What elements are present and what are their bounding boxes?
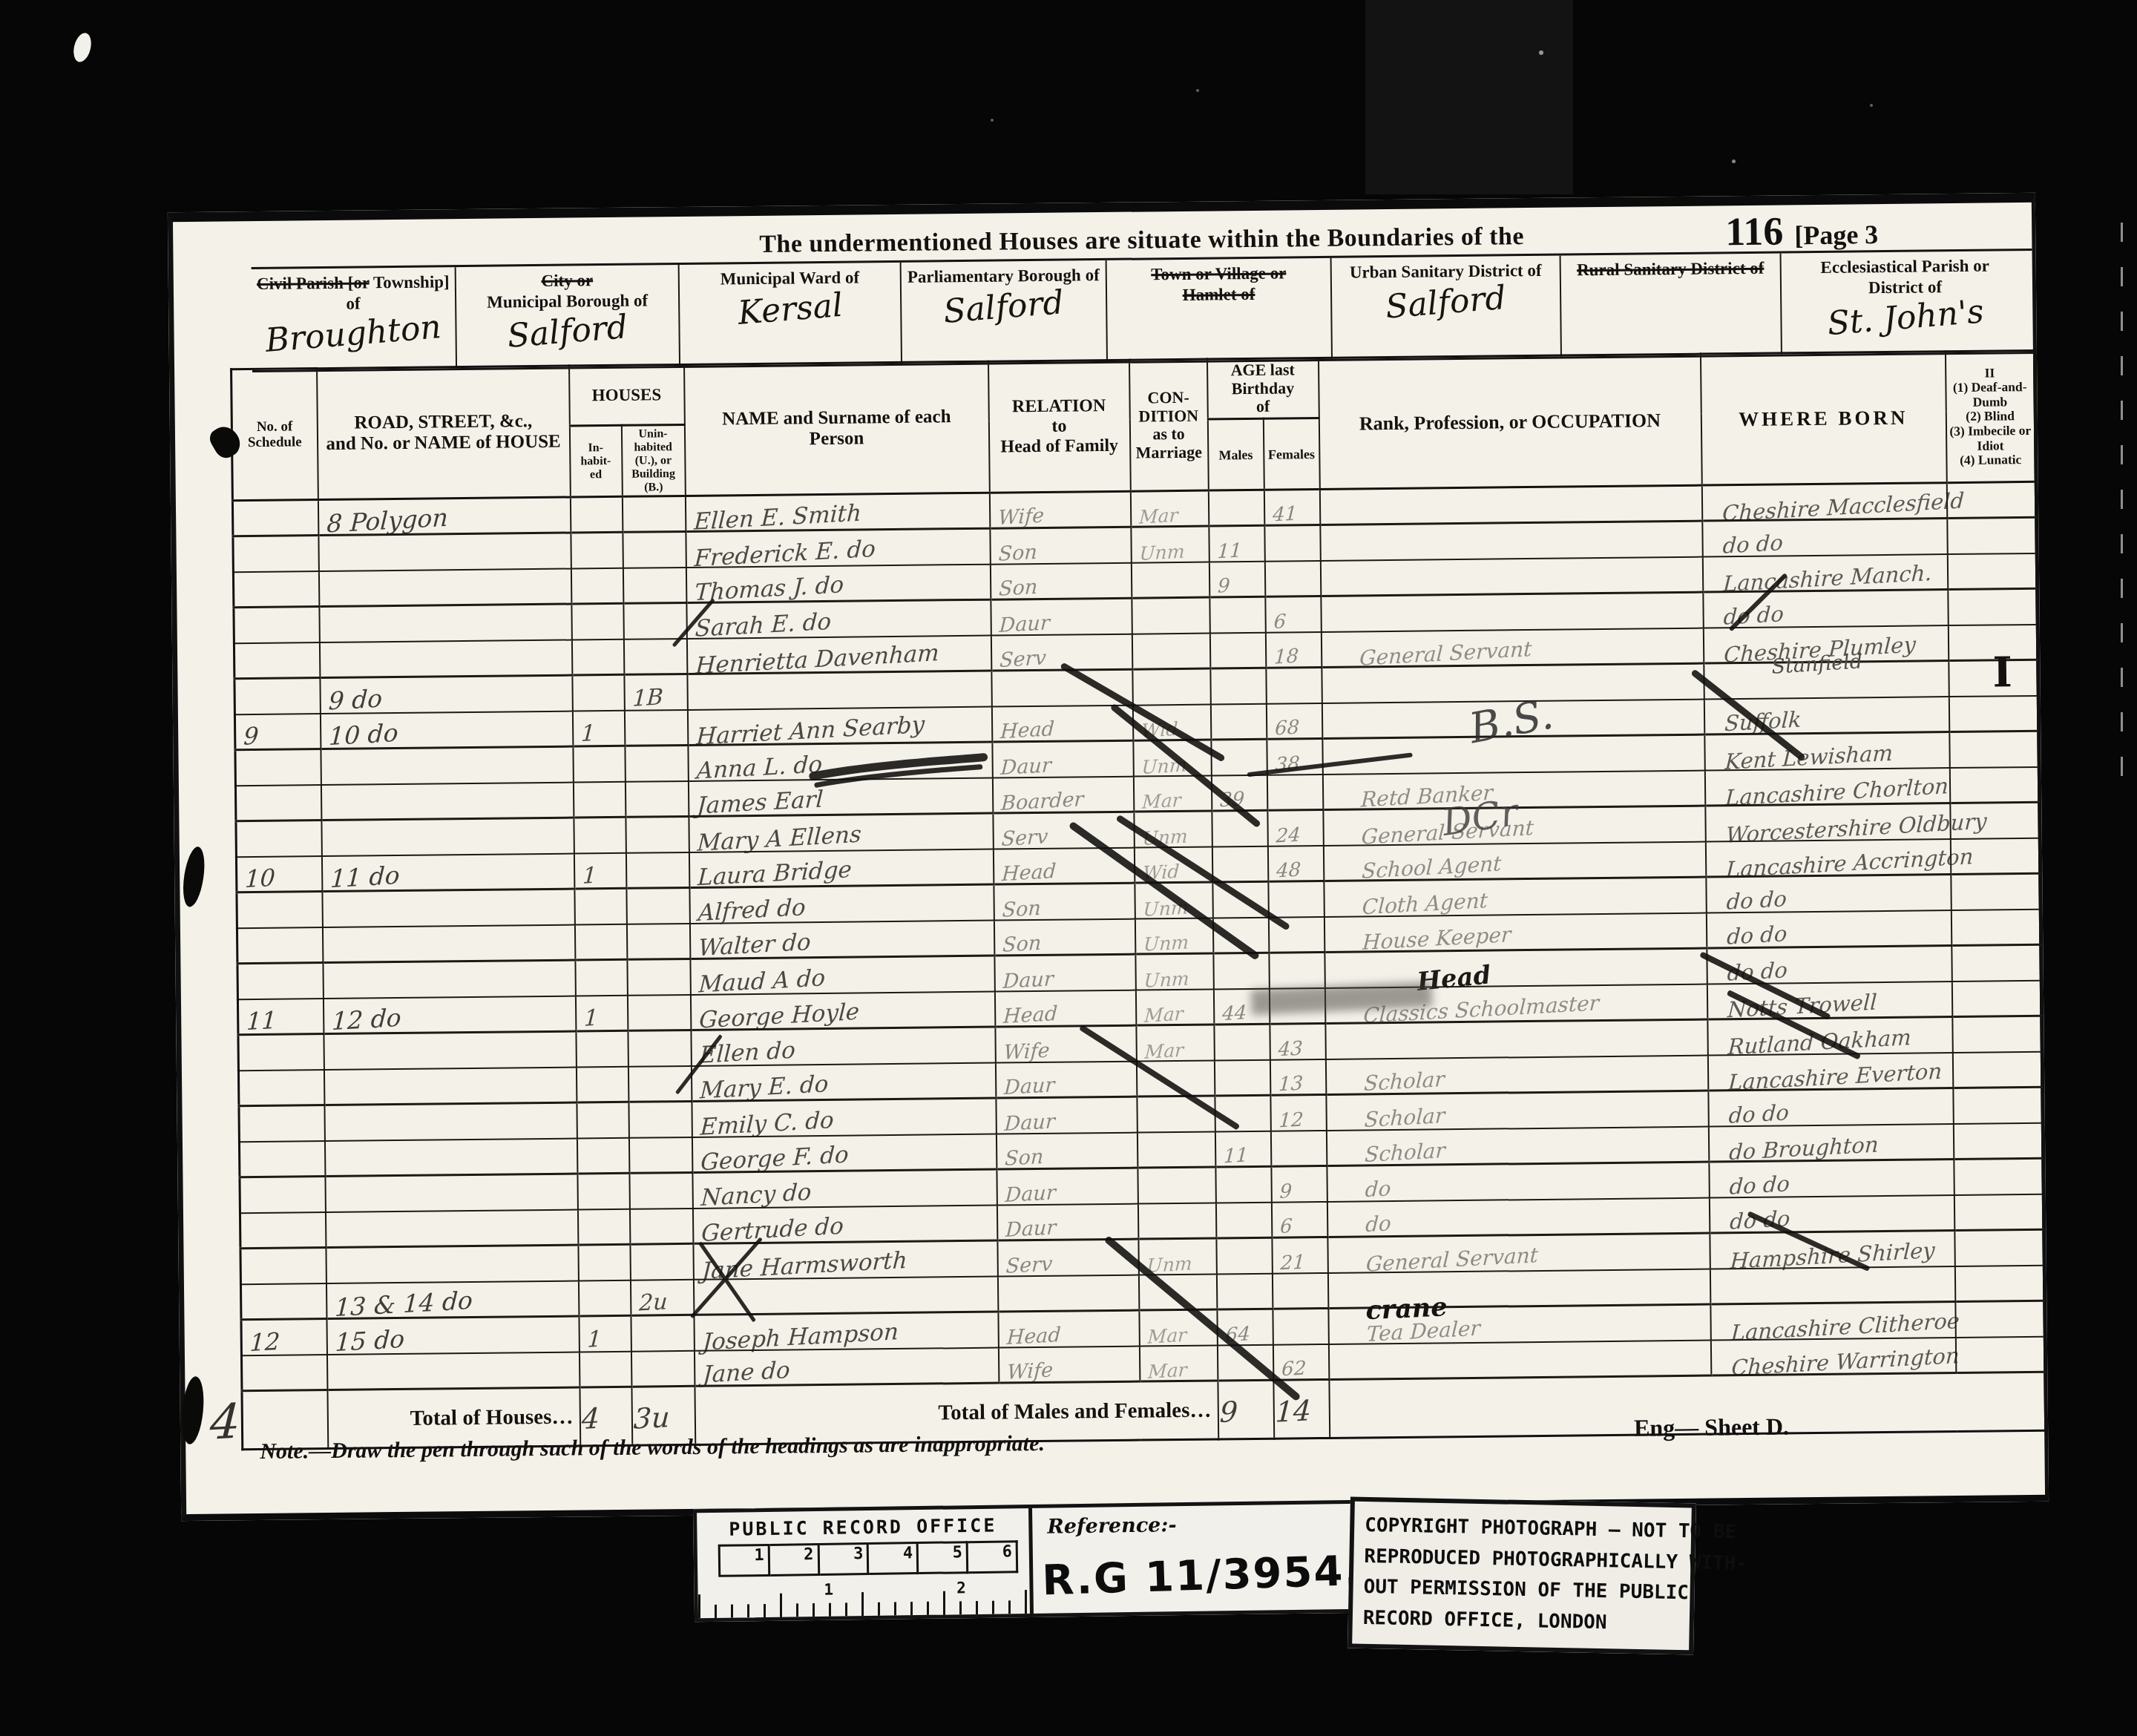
handwritten-entry: Mar	[1147, 1359, 1187, 1383]
handwritten-entry: 41	[1272, 503, 1298, 527]
cell-name: Maud A do	[690, 956, 994, 995]
header-field-value: Salford	[506, 308, 629, 355]
cell-born: Lancashire Chorlton	[1704, 768, 1949, 806]
cell-uninh	[625, 781, 689, 818]
sheet-label: Eng— Sheet D.	[1634, 1413, 1789, 1441]
film-speck	[1870, 104, 1873, 107]
handwritten-entry: Scholar	[1334, 1138, 1445, 1168]
cell-uninh	[628, 1030, 692, 1067]
cell-female	[1270, 1131, 1326, 1167]
handwritten-entry: Unm	[1143, 896, 1189, 920]
cell-road: 13 & 14 do	[326, 1280, 578, 1319]
cell-inh	[574, 889, 626, 925]
cell-name: Alfred do	[689, 885, 994, 924]
handwritten-entry: Wife	[997, 504, 1044, 530]
handwritten-entry: Daur	[1004, 1110, 1056, 1136]
reference-panel: Reference:- R.G 11/3954.	[1032, 1504, 1362, 1614]
col-header-males: Males	[1207, 418, 1264, 490]
cell-male	[1211, 740, 1267, 776]
cell-condition: Mar	[1139, 1345, 1217, 1381]
cell-road	[325, 1209, 577, 1248]
cell-uninh	[628, 1137, 692, 1174]
handwritten-entry: 39	[1219, 789, 1245, 812]
cell-infirm	[1952, 1016, 2041, 1053]
handwritten-entry: do do	[1710, 530, 1783, 559]
cell-condition: Wid	[1134, 846, 1212, 883]
cell-relation: Daur	[996, 1097, 1137, 1134]
cell-infirm	[1949, 767, 2038, 803]
cell-uninh	[631, 1351, 695, 1387]
cell-relation: Daur	[995, 1062, 1136, 1099]
cell-uninh	[629, 1209, 693, 1245]
header-field-label: Ecclesiastical Parish or District of	[1782, 255, 2029, 299]
ruler-cm-box: 4	[869, 1542, 919, 1575]
cell-male	[1208, 490, 1264, 527]
cell-road	[324, 1138, 577, 1177]
handwritten-entry: 12 do	[331, 1003, 401, 1036]
cell-born: do do	[1706, 910, 1951, 948]
header-field-ecclesiastical-parish: Ecclesiastical Parish or District ofSt. …	[1780, 251, 2029, 355]
handwritten-entry: do	[1334, 1176, 1391, 1203]
cell-male	[1215, 1096, 1270, 1132]
handwritten-entry: do do	[1710, 601, 1784, 630]
handwritten-entry: Mar	[1144, 1039, 1184, 1063]
header-field-value: Kersal	[736, 286, 844, 332]
cell-uninh	[624, 710, 688, 746]
cell-name: Mary A Ellens	[689, 814, 993, 852]
cell-schedule	[234, 678, 320, 714]
cell-male	[1212, 918, 1268, 954]
cell-schedule	[235, 749, 321, 786]
cell-inh	[578, 1245, 630, 1281]
cell-female	[1266, 668, 1322, 704]
cell-relation: Serv	[997, 1240, 1138, 1277]
header-field-value: Salford	[1385, 278, 1508, 326]
cell-male	[1210, 668, 1266, 705]
cell-name: Mary E. do	[691, 1063, 995, 1102]
header-field-parliamentary-borough: Parliamentary Borough ofSalford	[900, 260, 1106, 364]
handwritten-entry: Serv	[999, 647, 1046, 673]
cell-inh	[577, 1174, 629, 1210]
cell-name: Ellen do	[691, 1028, 995, 1066]
cell-uninh	[629, 1173, 693, 1209]
handwritten-entry: 1	[580, 720, 596, 747]
cell-inh	[572, 675, 624, 711]
cell-road	[326, 1352, 579, 1390]
col-header-name: NAME and Surname of each Person	[684, 361, 990, 496]
ink-blot	[180, 845, 208, 908]
cell-name: Laura Bridge	[689, 849, 993, 888]
cell-infirm	[1955, 1337, 2044, 1373]
cell-schedule	[234, 607, 319, 643]
cell-male	[1210, 704, 1266, 740]
cell-schedule	[241, 1355, 326, 1391]
cell-name: Henrietta Davenham	[686, 636, 991, 674]
header-field-municipal-borough: City or Municipal Borough ofSalford	[455, 265, 679, 368]
cell-female: 18	[1265, 632, 1321, 668]
cell-name: Sarah E. do	[686, 600, 991, 639]
col-header-where-born: WHERE BORN	[1700, 352, 1946, 486]
cell-inh	[573, 746, 625, 783]
cell-infirm	[1954, 1266, 2044, 1302]
handwritten-entry: Wid	[1140, 718, 1178, 742]
handwritten-entry: Wife	[1006, 1359, 1053, 1384]
cell-uninh	[631, 1315, 695, 1352]
ruler-cm-box: 5	[919, 1541, 968, 1574]
cell-road	[321, 782, 573, 821]
cell-male	[1212, 882, 1268, 918]
cell-name: Walter do	[689, 921, 994, 959]
cell-born: Hampshire Shirley	[1710, 1231, 1954, 1269]
cell-relation: Daur	[991, 599, 1132, 636]
cell-inh	[576, 1067, 628, 1103]
handwritten-entry: do do	[1717, 1206, 1790, 1235]
cell-name: Frederick E. do	[686, 529, 990, 568]
cell-relation: Son	[990, 563, 1131, 600]
handwritten-entry: Daur	[1003, 1074, 1055, 1100]
film-haze	[1365, 0, 1573, 194]
cell-male	[1217, 1345, 1273, 1381]
col-header-age-group: AGE last Birthday of	[1207, 358, 1319, 418]
cell-occupation: General Servant	[1321, 628, 1703, 667]
col-header-infirmities: II (1) Deaf-and-Dumb (2) Blind (3) Imbec…	[1945, 350, 2035, 483]
handwritten-entry: Daur	[998, 611, 1050, 637]
cell-name: George Hoyle	[690, 992, 994, 1030]
cell-relation: Son	[994, 919, 1135, 956]
handwritten-entry: Son	[998, 576, 1038, 601]
infirmity-tally-mark: I	[1992, 648, 2012, 697]
cell-road: 11 do	[321, 853, 574, 892]
cell-schedule	[240, 1283, 326, 1320]
cell-schedule	[237, 963, 323, 999]
handwritten-entry: Head	[1001, 860, 1056, 886]
cell-schedule: 9	[234, 714, 320, 750]
cell-relation: Daur	[994, 955, 1135, 992]
cell-uninh	[630, 1244, 694, 1280]
handwritten-entry: 1	[582, 863, 597, 890]
cell-road	[319, 640, 571, 678]
cell-female	[1268, 881, 1324, 918]
cell-inh: 1	[575, 996, 627, 1032]
cell-name: Joseph Hampson	[694, 1312, 998, 1350]
cell-inh	[577, 1138, 628, 1174]
handwritten-entry: 9	[243, 722, 259, 751]
handwritten-entry: 1	[583, 1005, 599, 1032]
handwritten-entry: Mar	[1143, 1003, 1184, 1027]
cell-schedule: 10	[236, 856, 321, 892]
cell-relation: Wife	[995, 1026, 1136, 1063]
cell-occupation: Scholar	[1325, 1055, 1707, 1094]
cell-uninh	[623, 639, 687, 675]
cell-road	[324, 1031, 576, 1070]
cell-uninh	[628, 1102, 692, 1138]
handwritten-entry: Daur	[1005, 1181, 1057, 1207]
cell-uninh	[628, 1066, 692, 1102]
handwritten-entry: Son	[1001, 897, 1041, 922]
reference-value: R.G 11/3954.	[1041, 1547, 1362, 1605]
cell-female: 43	[1270, 1024, 1325, 1060]
handwritten-entry: Son	[997, 541, 1037, 566]
handwritten-entry: 10 do	[328, 718, 398, 751]
cell-uninh	[626, 924, 690, 960]
ruler-cm-box: 1	[718, 1544, 770, 1577]
cell-condition	[1131, 562, 1209, 598]
header-field-label: City or Municipal Borough of	[456, 269, 679, 312]
handwritten-entry: 43	[1278, 1037, 1304, 1061]
cell-schedule	[239, 1141, 324, 1177]
cell-inh	[571, 640, 623, 676]
cell-born: do do	[1709, 1195, 1954, 1233]
cell-name: George F. do	[692, 1134, 996, 1173]
cell-uninh	[623, 568, 686, 604]
handwritten-entry: Daur	[1005, 1217, 1057, 1243]
cell-female: 48	[1267, 846, 1323, 882]
handwritten-entry: Daur	[1002, 967, 1054, 993]
handwritten-entry: 21	[1280, 1251, 1306, 1275]
cell-schedule	[238, 1070, 324, 1106]
handwritten-entry: 12	[1278, 1108, 1304, 1132]
cell-name: Emily C. do	[692, 1099, 996, 1137]
handwritten-entry: 13 & 14 do	[334, 1286, 473, 1322]
cell-infirm	[1951, 981, 2041, 1017]
cell-relation: Son	[990, 527, 1131, 565]
cell-condition	[1132, 633, 1209, 669]
pro-ruler-panel: PUBLIC RECORD OFFICE 123456 1 2	[697, 1508, 1034, 1618]
cell-road: 9 do	[320, 675, 572, 714]
cell-name: James Earl	[688, 778, 992, 817]
cell-road	[326, 1245, 578, 1283]
cell-female: 68	[1266, 703, 1322, 740]
cell-schedule	[233, 536, 318, 572]
cell-female: 24	[1267, 810, 1323, 846]
handwritten-entry: 12	[249, 1327, 281, 1357]
cell-female	[1273, 1309, 1328, 1345]
cell-female	[1268, 917, 1324, 953]
cell-female: 62	[1273, 1344, 1328, 1381]
film-speck	[1539, 50, 1543, 55]
cell-male: 11	[1215, 1131, 1270, 1168]
cell-male: 39	[1211, 775, 1267, 812]
cell-uninh	[626, 817, 689, 853]
handwritten-entry: Boarder	[1000, 788, 1084, 815]
cell-uninh	[623, 603, 687, 640]
cell-condition: Unm	[1134, 811, 1212, 847]
header-field-label: Urban Sanitary District of	[1332, 260, 1560, 283]
film-edge-line	[2121, 223, 2123, 801]
cell-male	[1215, 1203, 1271, 1239]
header-field-value: Salford	[942, 283, 1066, 331]
cell-infirm	[1949, 731, 2038, 768]
census-document-page: The undermentioned Houses are situate wi…	[168, 193, 2049, 1521]
handwritten-entry: Walter do	[697, 929, 811, 961]
cell-road	[324, 1067, 576, 1105]
census-rows: 8 PolygonEllen E. SmithWifeMar41Cheshire…	[232, 482, 2044, 1391]
cell-schedule	[233, 571, 318, 608]
cell-occupation: House Keeper	[1324, 913, 1706, 952]
cell-relation: Head	[998, 1311, 1139, 1348]
cell-inh	[577, 1209, 629, 1246]
public-record-office-stamp: PUBLIC RECORD OFFICE 123456 1 2 Referenc…	[693, 1500, 1366, 1622]
census-table: No. of Schedule ROAD, STREET, &c., and N…	[230, 349, 2046, 1451]
cell-condition: Mar	[1136, 1025, 1214, 1061]
col-header-females: Females	[1263, 418, 1319, 490]
handwritten-entry: 9	[1279, 1180, 1293, 1203]
cell-born: Cheshire Macclesfield	[1701, 483, 1946, 521]
cell-infirm	[1948, 589, 2037, 625]
cell-inh	[574, 924, 626, 961]
cell-condition: Mar	[1135, 989, 1213, 1025]
cell-relation: Daur	[992, 741, 1133, 778]
handwritten-entry: Son	[1002, 932, 1042, 957]
page-label: [Page 3	[1794, 219, 1878, 251]
cell-road: 8 Polygon	[318, 497, 570, 536]
cell-infirm	[1951, 874, 2040, 910]
cell-female	[1267, 775, 1322, 811]
header-field-municipal-ward: Municipal Ward ofKersal	[678, 263, 901, 366]
cell-born: Kent Lewisham	[1704, 732, 1949, 770]
handwritten-entry: 11	[1216, 539, 1242, 563]
cell-condition: Mar	[1139, 1309, 1217, 1346]
handwritten-entry: 10	[244, 864, 276, 893]
cell-uninh	[627, 995, 691, 1031]
cell-born: Lancashire Clitheroe	[1710, 1302, 1955, 1340]
totals-males: 9	[1218, 1381, 1274, 1440]
handwritten-entry: do	[1335, 1211, 1391, 1239]
cell-relation: Son	[996, 1133, 1137, 1170]
cell-road	[319, 604, 571, 642]
cell-infirm	[1949, 696, 2038, 732]
cell-occupation: do	[1327, 1162, 1709, 1201]
handwritten-entry: Alfred do	[697, 894, 806, 927]
cell-uninh	[623, 532, 686, 568]
cell-name: Harriet Ann Searby	[687, 707, 991, 746]
cell-infirm	[1955, 1301, 2044, 1338]
col-header-houses-group: HOUSES	[569, 364, 685, 425]
handwritten-entry: Mar	[1138, 504, 1178, 528]
handwritten-entry: Wife	[1003, 1039, 1050, 1064]
cell-road: 15 do	[326, 1316, 579, 1355]
col-header-uninhabited: Unin- habited (U.), or Building (B.)	[621, 424, 685, 496]
cell-name: Jane Harmsworth	[693, 1241, 997, 1280]
col-header-relation: RELATION to Head of Family	[988, 360, 1131, 493]
cell-inh	[571, 604, 623, 640]
cell-born: Suffolk	[1704, 697, 1949, 734]
cell-occupation: Scholar	[1326, 1091, 1708, 1130]
handwritten-entry: Head	[1002, 1002, 1057, 1028]
cell-male	[1214, 1025, 1270, 1061]
cell-born: Rutland Oakham	[1707, 1017, 1952, 1055]
cell-condition	[1138, 1274, 1216, 1310]
cell-female: 12	[1270, 1095, 1326, 1131]
cell-name: Gertrude do	[692, 1206, 997, 1244]
handwritten-entry: Jane do	[702, 1357, 790, 1389]
cell-occupation: Scholar	[1326, 1126, 1708, 1165]
ink-overwrite-crane: crane	[1365, 1292, 1448, 1326]
col-header-schedule: No. of Schedule	[232, 369, 318, 502]
cell-infirm	[1953, 1088, 2042, 1124]
handwritten-entry: 9 do	[327, 683, 382, 715]
cell-schedule: 11	[237, 999, 323, 1035]
cell-road	[324, 1102, 577, 1141]
cell-female: 6	[1271, 1202, 1327, 1238]
cell-male	[1213, 953, 1269, 990]
cell-relation: Head	[991, 706, 1132, 743]
cell-uninh	[627, 959, 691, 996]
cell-inh: 1	[572, 711, 624, 747]
handwritten-entry: 11 do	[329, 861, 400, 893]
cell-uninh: 1B	[624, 674, 688, 711]
cell-schedule	[240, 1177, 325, 1213]
handwritten-entry: Unm	[1142, 825, 1188, 849]
cell-condition: Mar	[1133, 775, 1211, 812]
header-field-label: Parliamentary Borough of	[902, 265, 1106, 287]
handwritten-entry: 48	[1276, 859, 1301, 883]
handwritten-entry: 11	[1223, 1145, 1249, 1168]
cell-male: 64	[1217, 1309, 1273, 1346]
totals-females: 14	[1273, 1380, 1330, 1439]
handwritten-entry: 38	[1274, 752, 1300, 776]
cell-road	[325, 1174, 577, 1212]
cell-male	[1214, 1060, 1270, 1096]
cell-female	[1264, 561, 1320, 597]
cell-schedule: 12	[241, 1319, 326, 1355]
cell-condition: Unm	[1135, 953, 1213, 990]
cell-condition: Wid	[1132, 704, 1210, 740]
cell-inh	[578, 1280, 630, 1317]
cell-uninh: 2u	[630, 1280, 694, 1316]
handwritten-entry: do do	[1716, 1171, 1790, 1200]
cell-female: 6	[1265, 596, 1321, 633]
cell-inh	[575, 960, 627, 996]
cell-inh	[574, 818, 626, 854]
cell-inh	[571, 533, 623, 569]
handwritten-entry: Suffolk	[1712, 707, 1802, 737]
handwritten-entry: 64	[1225, 1323, 1251, 1347]
cell-road	[321, 746, 573, 785]
cell-female: 38	[1267, 739, 1322, 775]
handwritten-entry: 15 do	[334, 1324, 404, 1357]
cell-road	[323, 960, 575, 999]
cell-schedule	[240, 1212, 325, 1249]
film-speck	[1732, 160, 1736, 163]
header-field-label: Town or Village or Hamlet of	[1107, 263, 1331, 306]
handwritten-entry: Unm	[1143, 967, 1189, 991]
cell-infirm	[1947, 553, 2036, 590]
cell-occupation	[1321, 592, 1703, 631]
cell-schedule	[239, 1105, 324, 1142]
cell-inh	[570, 497, 622, 533]
col-header-road: ROAD, STREET, &c., and No. or NAME of HO…	[317, 366, 571, 500]
cell-condition	[1137, 1131, 1215, 1168]
reference-label: Reference:-	[1047, 1513, 1177, 1538]
cell-schedule	[234, 642, 319, 679]
cell-relation: Head	[993, 848, 1134, 885]
ruler-inch-label-2: 2	[956, 1579, 966, 1597]
cell-uninh	[622, 496, 686, 533]
col-header-occupation: Rank, Profession, or OCCUPATION	[1318, 354, 1701, 490]
cell-road	[318, 568, 571, 607]
handwritten-entry: Daur	[999, 754, 1051, 780]
copyright-stamp: COPYRIGHT PHOTOGRAPH – NOT TO BEREPRODUC…	[1347, 1497, 1696, 1655]
cell-born: Notts Trowell	[1707, 982, 1951, 1019]
cell-inh	[573, 782, 625, 818]
cell-road: 10 do	[320, 711, 572, 749]
handwritten-entry: do do	[1716, 1099, 1789, 1128]
cell-female: 41	[1264, 490, 1319, 526]
cell-schedule	[237, 927, 322, 964]
ruler-cm-scale: 123456	[718, 1540, 1019, 1577]
ruler-cm-box: 2	[769, 1543, 819, 1576]
